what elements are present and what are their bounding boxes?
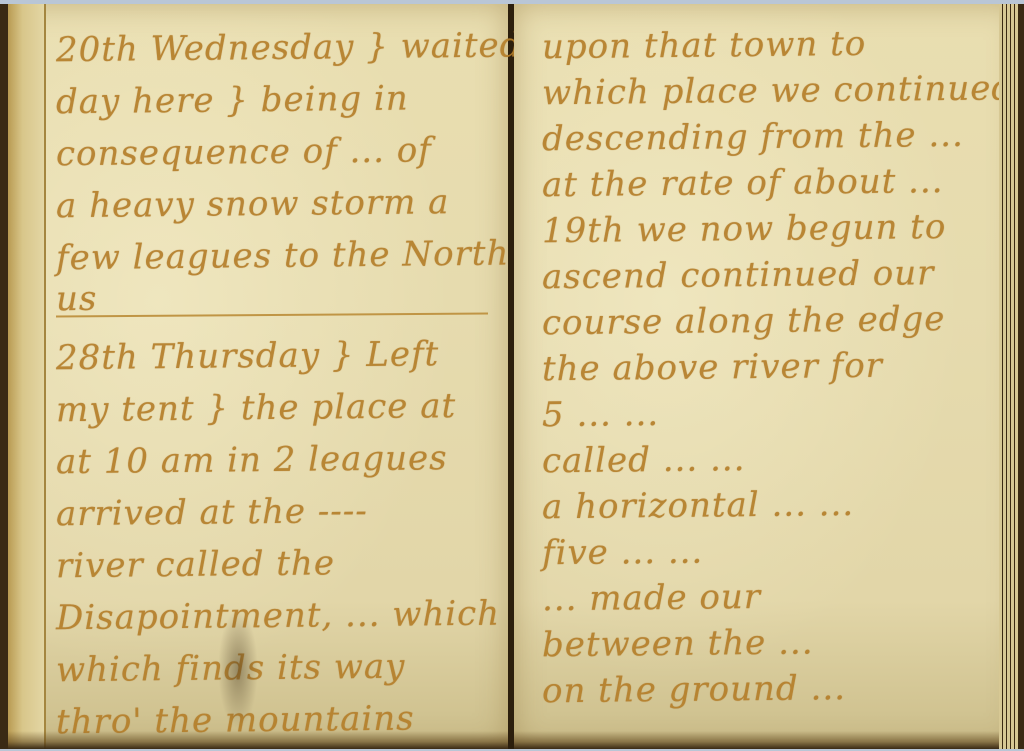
handwritten-line: ascend continued our bbox=[542, 250, 979, 301]
handwritten-line: day here } being in bbox=[56, 72, 489, 129]
handwritten-line: us bbox=[56, 280, 488, 315]
handwritten-line: a horizontal ... ... bbox=[542, 480, 979, 531]
handwritten-line: arrived at the ---- bbox=[56, 484, 489, 541]
handwritten-line: 19th we now begun to bbox=[542, 204, 979, 255]
handwritten-line: five ... ... bbox=[542, 526, 979, 577]
page-edge bbox=[8, 731, 508, 749]
journal-spread: 20th Wednesday } waited all day here } b… bbox=[0, 4, 1024, 749]
right-page-text: upon that town to which place we continu… bbox=[542, 22, 979, 712]
page-edge bbox=[514, 731, 1019, 749]
left-page-text: 20th Wednesday } waited all day here } b… bbox=[56, 22, 488, 746]
handwritten-line: called ... ... bbox=[542, 434, 979, 485]
handwritten-line: which place we continued bbox=[542, 66, 979, 117]
handwritten-line: at 10 am in 2 leagues bbox=[56, 432, 489, 489]
handwritten-line: the above river for bbox=[542, 342, 979, 393]
handwritten-line: few leagues to the North of bbox=[56, 228, 489, 285]
left-page: 20th Wednesday } waited all day here } b… bbox=[8, 4, 514, 749]
handwritten-line: course along the edge bbox=[542, 296, 979, 347]
handwritten-line: on the ground ... bbox=[542, 664, 979, 715]
water-stain bbox=[218, 609, 258, 729]
right-page: upon that town to which place we continu… bbox=[514, 4, 1019, 749]
handwritten-line: ... made our bbox=[542, 572, 979, 623]
handwritten-line: Disapointment, ... which bbox=[56, 588, 489, 645]
handwritten-line: my tent } the place at bbox=[56, 380, 489, 437]
handwritten-line: which finds its way bbox=[56, 640, 489, 697]
handwritten-line: a heavy snow storm a bbox=[56, 176, 489, 233]
handwritten-line: at the rate of about ... bbox=[542, 158, 979, 209]
handwritten-line: 20th Wednesday } waited all bbox=[56, 20, 489, 77]
handwritten-line: descending from the ... bbox=[542, 112, 979, 163]
handwritten-line: 5 ... ... bbox=[542, 388, 979, 439]
handwritten-line: between the ... bbox=[542, 618, 979, 669]
handwritten-line: upon that town to bbox=[542, 20, 979, 71]
handwritten-line: river called the bbox=[56, 536, 489, 593]
handwritten-line: consequence of ... of bbox=[56, 124, 489, 181]
handwritten-line: 28th Thursday } Left bbox=[56, 328, 489, 385]
